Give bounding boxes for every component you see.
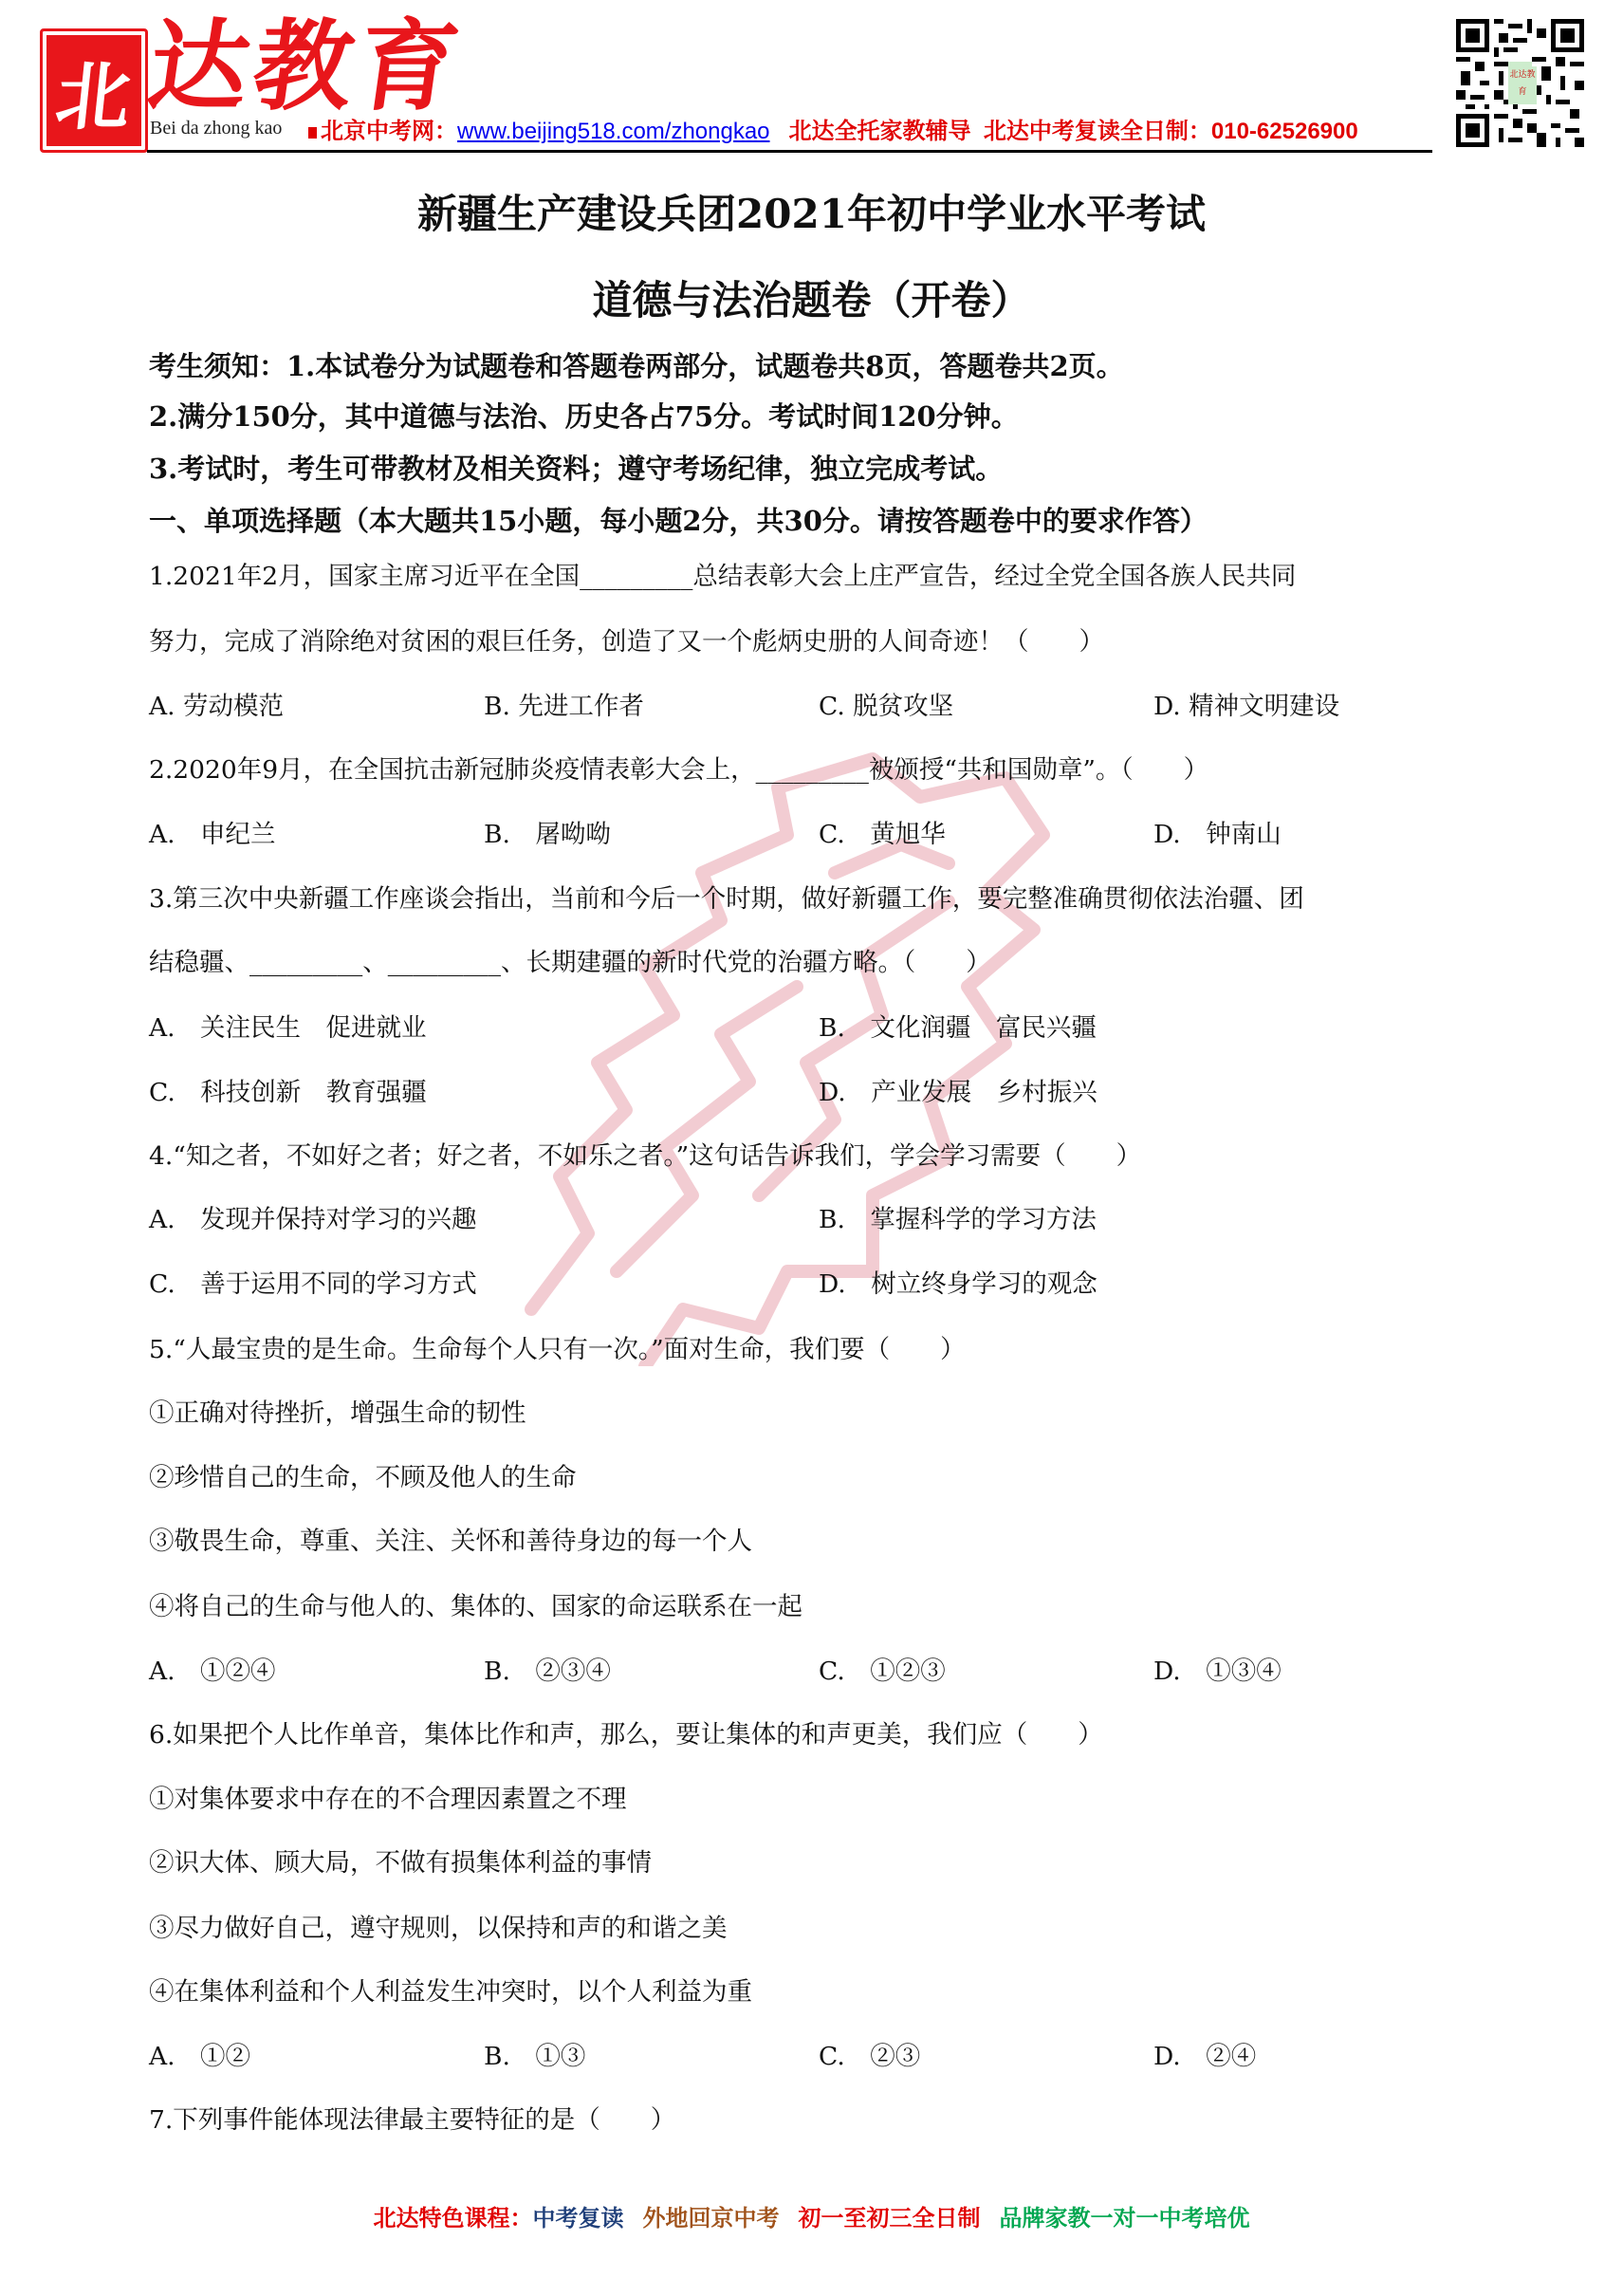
q6-option-c: C. ②③ bbox=[819, 2035, 920, 2072]
q4-option-c: C. 善于运用不同的学习方式 bbox=[149, 1263, 477, 1300]
q2-option-b: B. 屠呦呦 bbox=[484, 813, 611, 850]
question-6-line-1: 6.如果把个人比作单音，集体比作和声，那么，要让集体的和声更美，我们应（ ） bbox=[149, 1713, 1103, 1750]
q6-option-d: D. ②④ bbox=[1153, 2035, 1256, 2072]
q2-option-a: A. 申纪兰 bbox=[149, 813, 276, 850]
notice-line-1: 考生须知：1.本试卷分为试题卷和答题卷两部分，试题卷共8页，答题卷共2页。 bbox=[149, 345, 1124, 384]
q5-option-b: B. ②③④ bbox=[484, 1650, 611, 1687]
footer-item-2: 外地回京中考 bbox=[642, 2206, 779, 2231]
q3-option-c: C. 科技创新 教育强疆 bbox=[149, 1071, 427, 1108]
q4-option-a: A. 发现并保持对学习的兴趣 bbox=[149, 1198, 477, 1235]
q6-item-2: ②识大体、顾大局，不做有损集体利益的事情 bbox=[149, 1842, 652, 1879]
logo-mark: 北 bbox=[40, 28, 148, 153]
q4-option-d: D. 树立终身学习的观念 bbox=[819, 1263, 1097, 1300]
q2-option-d: D. 钟南山 bbox=[1153, 813, 1282, 850]
footer-item-1: 中考复读 bbox=[532, 2206, 623, 2231]
question-3-line-2: 结稳疆、_________、_________、长期建疆的新时代党的治疆方略。（… bbox=[149, 941, 991, 978]
q5-option-d: D. ①③④ bbox=[1153, 1650, 1282, 1687]
slogan-fulltime: 北达中考复读全日制： bbox=[984, 119, 1211, 144]
question-5-line-1: 5.“人最宝贵的是生命。生命每个人只有一次。”面对生命，我们要（ ） bbox=[149, 1328, 966, 1365]
logo-subtitle: Bei da zhong kao bbox=[150, 118, 282, 139]
question-3-line-1: 3.第三次中央新疆工作座谈会指出，当前和今后一个时期，做好新疆工作，要完整准确贯… bbox=[149, 878, 1304, 915]
q3-option-d: D. 产业发展 乡村振兴 bbox=[819, 1071, 1097, 1108]
q3-option-a: A. 关注民生 促进就业 bbox=[149, 1007, 427, 1044]
footer-label: 北达特色课程： bbox=[373, 2206, 532, 2231]
header-info-row: 北京中考网：www.beijing518.com/zhongkao 北达全托家教… bbox=[308, 112, 1358, 145]
exam-title: 新疆生产建设兵团2021年初中学业水平考试 bbox=[0, 183, 1623, 240]
q5-option-c: C. ①②③ bbox=[819, 1650, 946, 1687]
question-2-line-1: 2.2020年9月，在全国抗击新冠肺炎疫情表彰大会上，_________被颁授“… bbox=[149, 749, 1208, 786]
q6-option-a: A. ①② bbox=[149, 2035, 250, 2072]
q5-item-4: ④将自己的生命与他人的、集体的、国家的命运联系在一起 bbox=[149, 1585, 802, 1622]
qr-badge: 北达教育 bbox=[1508, 66, 1537, 104]
q1-option-c: C. 脱贫攻坚 bbox=[819, 685, 953, 722]
footer-courses: 北达特色课程：中考复读 外地回京中考 初一至初三全日制 品牌家教一对一中考培优 bbox=[0, 2199, 1623, 2232]
q5-item-2: ②珍惜自己的生命，不顾及他人的生命 bbox=[149, 1456, 577, 1493]
question-1-line-1: 1.2021年2月，国家主席习近平在全国_________总结表彰大会上庄严宣告… bbox=[149, 555, 1296, 592]
footer-item-4: 品牌家教一对一中考培优 bbox=[1000, 2206, 1250, 2231]
notice-line-3: 3.考试时，考生可带教材及相关资料；遵守考场纪律，独立完成考试。 bbox=[149, 448, 1003, 487]
q2-option-c: C. 黄旭华 bbox=[819, 813, 946, 850]
site-link[interactable]: www.beijing518.com/zhongkao bbox=[457, 119, 770, 144]
question-7-line-1: 7.下列事件能体现法律最主要特征的是（ ） bbox=[149, 2099, 675, 2136]
exam-subtitle: 道德与法治题卷（开卷） bbox=[0, 269, 1623, 326]
logo-text: 达教育 bbox=[143, 17, 470, 116]
notice-line-2: 2.满分150分，其中道德与法治、历史各占75分。考试时间120分钟。 bbox=[149, 396, 1019, 435]
q1-option-b: B. 先进工作者 bbox=[484, 685, 644, 722]
bullet-square-icon bbox=[308, 127, 317, 139]
q4-option-b: B. 掌握科学的学习方法 bbox=[819, 1198, 1097, 1235]
question-4-line-1: 4.“知之者，不如好之者；好之者，不如乐之者。”这句话告诉我们，学会学习需要（ … bbox=[149, 1135, 1141, 1172]
q1-option-d: D. 精神文明建设 bbox=[1153, 685, 1339, 722]
q6-item-4: ④在集体利益和个人利益发生冲突时，以个人利益为重 bbox=[149, 1971, 752, 2008]
q5-item-1: ①正确对待挫折，增强生命的韧性 bbox=[149, 1392, 526, 1429]
q1-option-a: A. 劳动模范 bbox=[149, 685, 284, 722]
q6-option-b: B. ①③ bbox=[484, 2035, 585, 2072]
section-heading: 一、单项选择题（本大题共15小题，每小题2分，共30分。请按答题卷中的要求作答） bbox=[149, 500, 1208, 539]
phone-number: 010-62526900 bbox=[1211, 119, 1358, 144]
q5-item-3: ③敬畏生命，尊重、关注、关怀和善待身边的每一个人 bbox=[149, 1520, 752, 1557]
q6-item-3: ③尽力做好自己，遵守规则，以保持和声的和谐之美 bbox=[149, 1907, 728, 1944]
header-divider bbox=[147, 150, 1432, 153]
site-label: 北京中考网： bbox=[321, 119, 457, 144]
q3-option-b: B. 文化润疆 富民兴疆 bbox=[819, 1007, 1097, 1044]
footer-item-3: 初一至初三全日制 bbox=[799, 2206, 981, 2231]
logo-char: 北 bbox=[51, 38, 137, 144]
slogan-tutoring: 北达全托家教辅导 bbox=[789, 119, 971, 144]
question-1-line-2: 努力，完成了消除绝对贫困的艰巨任务，创造了又一个彪炳史册的人间奇迹！（ ） bbox=[149, 620, 1104, 657]
q6-item-1: ①对集体要求中存在的不合理因素置之不理 bbox=[149, 1778, 627, 1815]
q5-option-a: A. ①②④ bbox=[149, 1650, 276, 1687]
